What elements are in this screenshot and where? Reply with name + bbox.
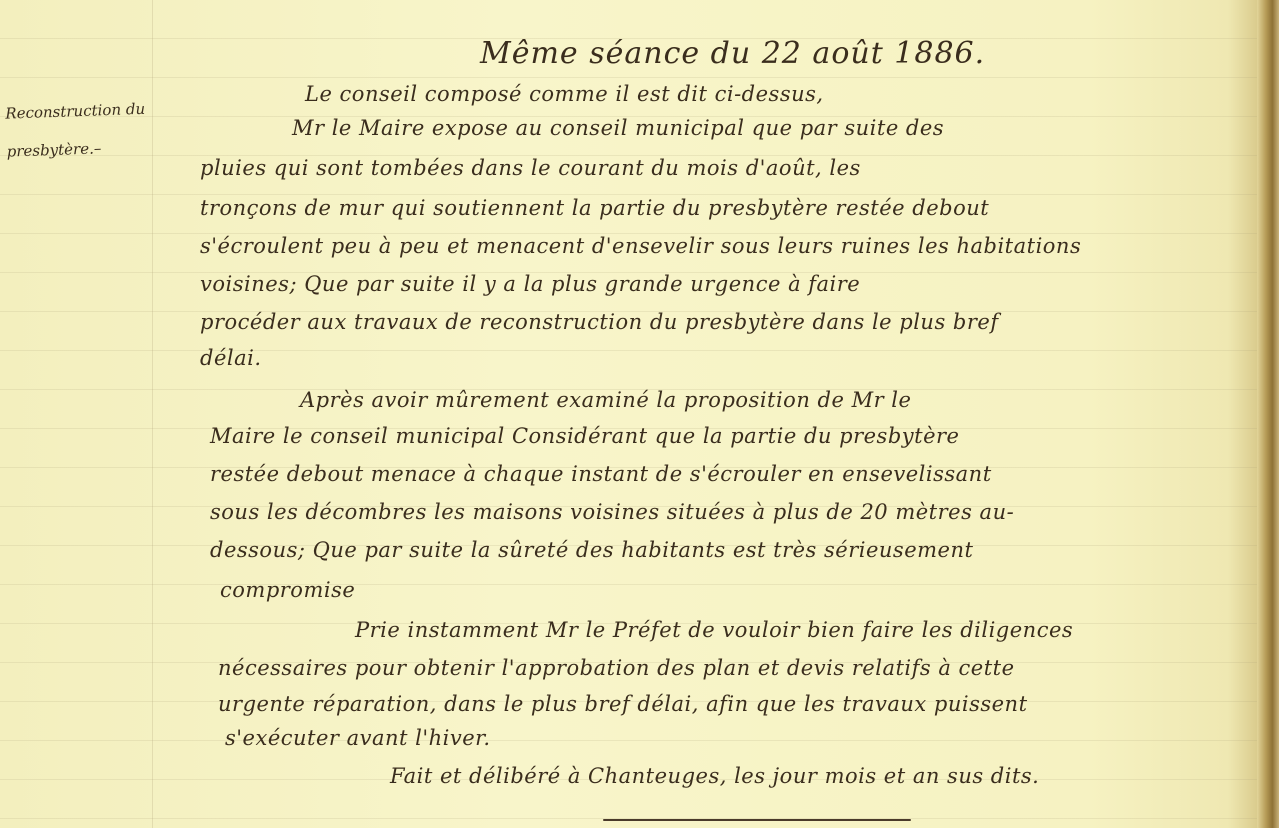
text-line-4: tronçons de mur qui soutiennent la parti… bbox=[200, 196, 989, 220]
book-binding-edge bbox=[1257, 0, 1279, 828]
text-line-9: Après avoir mûrement examiné la proposit… bbox=[300, 388, 911, 412]
text-line-8: délai. bbox=[200, 346, 262, 370]
page-title: Même séance du 22 août 1886. bbox=[480, 36, 985, 71]
margin-note-line-1: Reconstruction du bbox=[5, 89, 156, 132]
text-line-10: Maire le conseil municipal Considérant q… bbox=[210, 424, 959, 448]
text-line-6: voisines; Que par suite il y a la plus g… bbox=[200, 272, 860, 296]
text-line-13: dessous; Que par suite la sûreté des hab… bbox=[210, 538, 973, 562]
register-page: Reconstruction du presbytère.– Même séan… bbox=[0, 0, 1279, 828]
text-line-11: restée debout menace à chaque instant de… bbox=[210, 462, 992, 486]
text-line-1: Le conseil composé comme il est dit ci-d… bbox=[305, 82, 824, 106]
closing-rule bbox=[603, 819, 911, 821]
text-line-2: Mr le Maire expose au conseil municipal … bbox=[292, 116, 944, 140]
text-line-16: nécessaires pour obtenir l'approbation d… bbox=[218, 656, 1015, 680]
text-line-5: s'écroulent peu à peu et menacent d'ense… bbox=[200, 234, 1081, 258]
text-line-17: urgente réparation, dans le plus bref dé… bbox=[218, 692, 1028, 716]
text-line-3: pluies qui sont tombées dans le courant … bbox=[200, 156, 861, 180]
text-line-15: Prie instamment Mr le Préfet de vouloir … bbox=[355, 618, 1073, 642]
text-line-19: Fait et délibéré à Chanteuges, les jour … bbox=[390, 764, 1039, 788]
text-line-7: procéder aux travaux de reconstruction d… bbox=[200, 310, 999, 334]
text-line-14: compromise bbox=[220, 578, 355, 602]
margin-note-line-2: presbytère.– bbox=[6, 127, 157, 170]
margin-note: Reconstruction du presbytère.– bbox=[5, 89, 158, 170]
text-line-18: s'exécuter avant l'hiver. bbox=[225, 726, 491, 750]
text-line-12: sous les décombres les maisons voisines … bbox=[210, 500, 1014, 524]
